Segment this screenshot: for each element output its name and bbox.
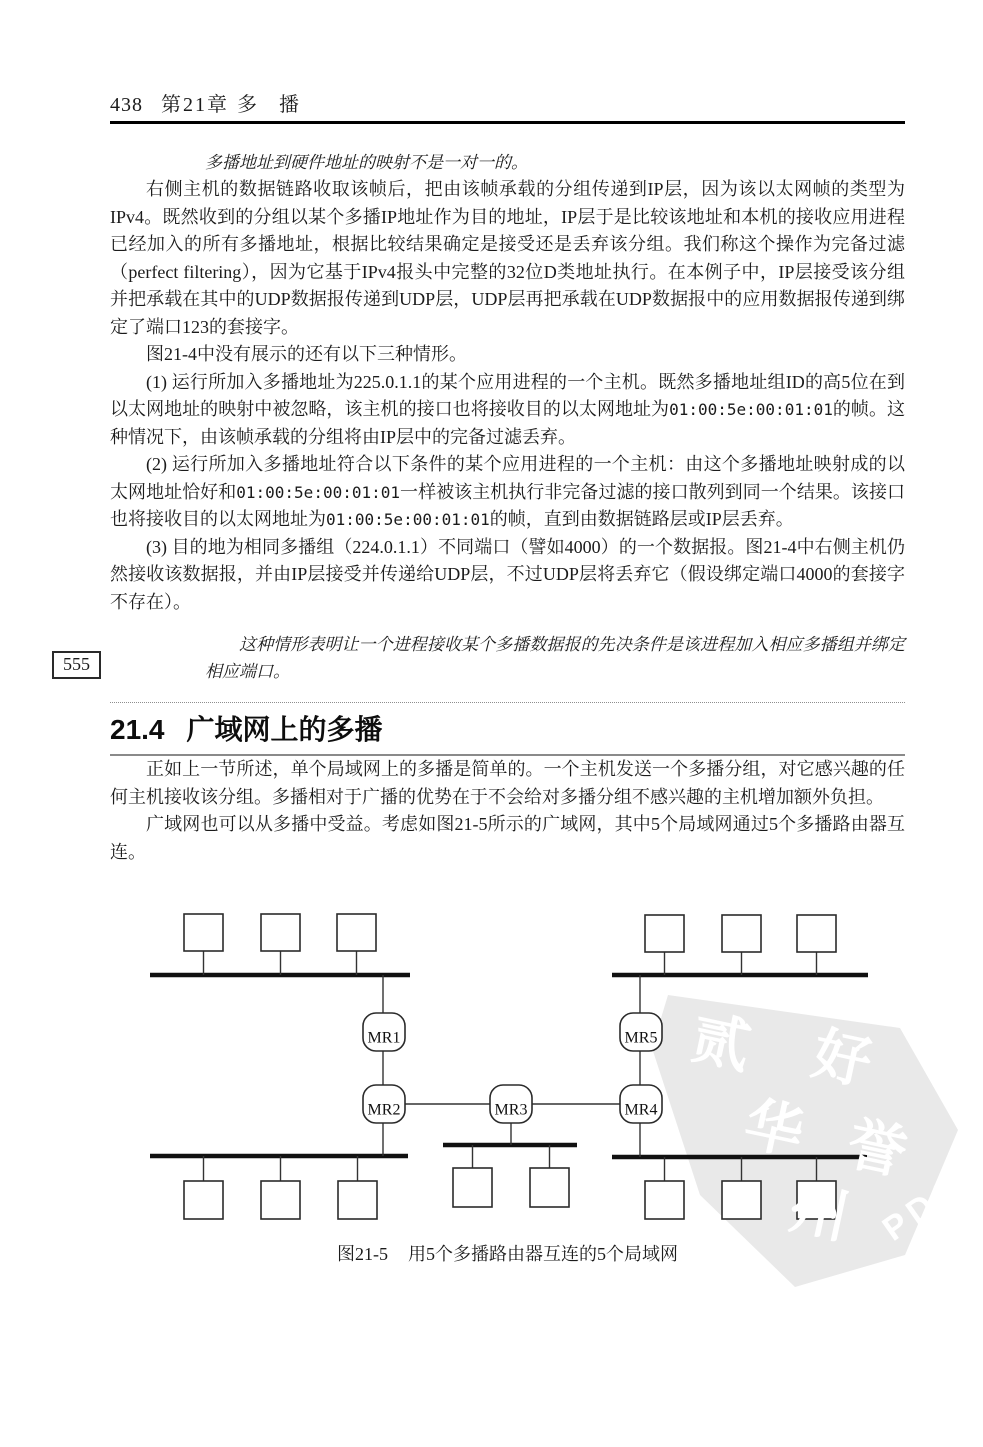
paragraph-1: 右侧主机的数据链路收取该帧后，把由该帧承载的分组传递到IP层，因为该以太网帧的类… <box>110 176 905 341</box>
italic-note-1: 多播地址到硬件地址的映射不是一对一的。 <box>205 149 905 176</box>
host-box <box>453 1168 492 1207</box>
mac-address: 01:00:5e:00:01:01 <box>326 510 490 529</box>
margin-page-ref: 555 <box>52 651 101 679</box>
paragraph-4: 广域网也可以从多播中受益。考虑如图21-5所示的广域网，其中5个局域网通过5个多… <box>110 811 905 866</box>
router-label: MR2 <box>368 1102 401 1119</box>
host-box <box>338 1181 377 1219</box>
italic-note-2: 这种情形表明让一个进程接收某个多播数据报的先决条件是该进程加入相应多播组并绑定相… <box>205 631 905 685</box>
text-column: 438 第21章 多 播 多播地址到硬件地址的映射不是一对一的。 右侧主机的数据… <box>0 0 983 866</box>
router-node-mr3: MR3 <box>490 1085 532 1123</box>
router-node-mr4: MR4 <box>620 1085 662 1123</box>
section-title: 广域网上的多播 <box>187 708 383 748</box>
router-label: MR4 <box>625 1102 658 1119</box>
host-box <box>337 914 376 951</box>
section-divider-dotted <box>110 702 905 703</box>
list-item-3: (3) 目的地为相同多播组（224.0.1.1）不同端口（譬如4000）的一个数… <box>110 534 905 617</box>
router-label: MR1 <box>368 1030 401 1047</box>
paragraph-2: 图21-4中没有展示的还有以下三种情形。 <box>110 341 905 369</box>
mac-address: 01:00:5e:00:01:01 <box>236 483 400 502</box>
host-box <box>645 1181 684 1219</box>
router-node-mr5: MR5 <box>620 1013 662 1051</box>
section-number: 21.4 <box>110 714 165 746</box>
host-box <box>797 915 836 952</box>
list-item-2: (2) 运行所加入多播地址符合以下条件的某个应用进程的一个主机：由这个多播地址映… <box>110 451 905 534</box>
router-node-mr2: MR2 <box>363 1085 405 1123</box>
paragraph-3: 正如上一节所述，单个局域网上的多播是简单的。一个主机发送一个多播分组，对它感兴趣… <box>110 756 905 811</box>
running-header: 438 第21章 多 播 <box>110 88 905 124</box>
list-item-2-text: 的帧，直到由数据链路层或IP层丢弃。 <box>490 509 794 529</box>
host-box <box>645 915 684 952</box>
router-label: MR3 <box>495 1102 528 1119</box>
chapter-label: 第21章 <box>161 88 229 117</box>
host-box <box>184 1181 223 1219</box>
router-node-mr1: MR1 <box>363 1013 405 1051</box>
list-item-1: (1) 运行所加入多播地址为225.0.1.1的某个应用进程的一个主机。既然多播… <box>110 369 905 452</box>
section-heading: 21.4 广域网上的多播 <box>110 708 905 748</box>
host-box <box>722 915 761 952</box>
figure-caption: 图21-5用5个多播路由器互连的5个局域网 <box>110 1240 905 1266</box>
host-box <box>722 1181 761 1219</box>
host-box <box>184 914 223 951</box>
router-label: MR5 <box>625 1030 658 1047</box>
host-box <box>261 1181 300 1219</box>
chapter-title: 多 播 <box>237 88 300 117</box>
book-page: 438 第21章 多 播 多播地址到硬件地址的映射不是一对一的。 右侧主机的数据… <box>0 0 983 1447</box>
page-number: 438 <box>110 94 143 117</box>
mac-address: 01:00:5e:00:01:01 <box>669 400 833 419</box>
figure-caption-text: 用5个多播路由器互连的5个局域网 <box>408 1244 678 1264</box>
figure-caption-label: 图21-5 <box>337 1244 388 1264</box>
host-box <box>261 914 300 951</box>
host-box <box>530 1168 569 1207</box>
